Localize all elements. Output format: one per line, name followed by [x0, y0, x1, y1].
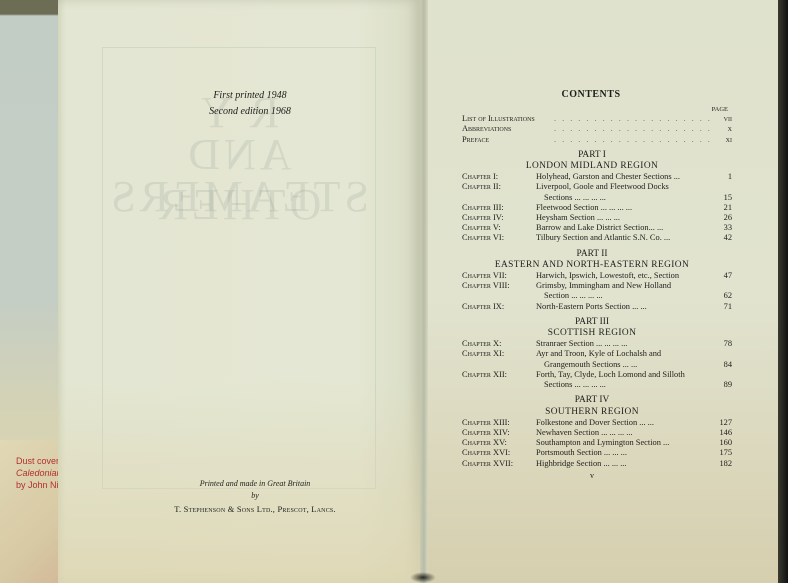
caption-line: Dust cover:: [16, 455, 64, 467]
chapter-entry: Chapter I:Holyhead, Garston and Chester …: [462, 172, 732, 182]
chapter-page: 84: [710, 360, 732, 370]
part-heading: PART IV: [462, 395, 732, 406]
chapter-label: Chapter VII:: [462, 271, 536, 281]
chapter-title: Holyhead, Garston and Chester Sections .…: [536, 172, 710, 182]
chapter-page: 78: [710, 339, 732, 349]
printer-line: Printed and made in Great Britain: [90, 478, 420, 490]
chapter-title: Barrow and Lake District Section... ...: [536, 223, 710, 233]
chapter-label: Chapter IV:: [462, 213, 536, 223]
chapter-title-text: Folkestone and Dover Section ... ...: [536, 418, 654, 427]
chapter-page: 160: [710, 438, 732, 448]
chapter-label: Chapter III:: [462, 203, 536, 213]
parts-list: PART ILONDON MIDLAND REGIONChapter I:Hol…: [462, 150, 732, 469]
chapter-title-continued: Sections ... ... ... ...: [536, 193, 710, 203]
chapter-entry: Chapter II:Liverpool, Goole and Fleetwoo…: [462, 182, 732, 202]
chapter-page: 62: [710, 291, 732, 301]
chapter-label: Chapter XIII:: [462, 418, 536, 428]
page-folio: v: [462, 471, 732, 481]
chapter-label: Chapter VI:: [462, 233, 536, 243]
chapter-title-text: Tilbury Section and Atlantic S.N. Co. ..…: [536, 233, 670, 242]
leader-dots: ...............................: [554, 135, 710, 145]
chapter-title: Folkestone and Dover Section ... ...: [536, 418, 710, 428]
chapter-page: 21: [710, 203, 732, 213]
chapter-entry: Chapter VII:Harwich, Ipswich, Lowestoft,…: [462, 271, 732, 281]
region-heading: EASTERN AND NORTH-EASTERN REGION: [462, 260, 732, 271]
chapter-title-text: Ayr and Troon, Kyle of Lochalsh and: [536, 349, 661, 358]
toc-entry-page: x: [710, 124, 732, 134]
leader-dots: ...............................: [554, 114, 710, 124]
chapter-title-continued: Sections ... ... ... ...: [536, 380, 710, 390]
chapter-title: North-Eastern Ports Section ... ...: [536, 302, 710, 312]
region-heading: LONDON MIDLAND REGION: [462, 161, 732, 172]
chapter-title: Newhaven Section ... ... ... ...: [536, 428, 710, 438]
table-of-contents: CONTENTS PAGE List of Illustrations.....…: [462, 90, 732, 481]
part-heading: PART II: [462, 249, 732, 260]
chapter-page: 71: [710, 302, 732, 312]
chapter-title-continued: Grangemouth Sections ... ...: [536, 360, 710, 370]
chapter-title: Harwich, Ipswich, Lowestoft, etc., Secti…: [536, 271, 710, 281]
chapter-entry: Chapter XIV:Newhaven Section ... ... ...…: [462, 428, 732, 438]
toc-entry-page: xi: [710, 135, 732, 145]
book-spine: [420, 0, 428, 583]
chapter-title-text: Liverpool, Goole and Fleetwood Docks: [536, 182, 669, 191]
chapter-title-text: Grimsby, Immingham and New Holland: [536, 281, 671, 290]
part-heading: PART III: [462, 317, 732, 328]
chapter-title-text: Forth, Tay, Clyde, Loch Lomond and Sillo…: [536, 370, 685, 379]
chapter-title: Heysham Section ... ... ...: [536, 213, 710, 223]
chapter-page: 146: [710, 428, 732, 438]
toc-entry: List of Illustrations...................…: [462, 114, 732, 124]
chapter-page: 26: [710, 213, 732, 223]
chapter-title: Portsmouth Section ... ... ...: [536, 448, 710, 458]
chapter-title: Ayr and Troon, Kyle of Lochalsh andGrang…: [536, 349, 710, 369]
chapter-title-text: Fleetwood Section ... ... ... ...: [536, 203, 632, 212]
part-heading: PART I: [462, 150, 732, 161]
chapter-label: Chapter IX:: [462, 302, 536, 312]
toc-entry-label: Abbreviations: [462, 124, 554, 134]
chapter-entry: Chapter VIII:Grimsby, Immingham and New …: [462, 281, 732, 301]
toc-entry-label: List of Illustrations: [462, 114, 554, 124]
chapter-page: 33: [710, 223, 732, 233]
chapter-label: Chapter V:: [462, 223, 536, 233]
chapter-entry: Chapter IV:Heysham Section ... ... ...26: [462, 213, 732, 223]
chapter-entry: Chapter V:Barrow and Lake District Secti…: [462, 223, 732, 233]
chapter-title-text: North-Eastern Ports Section ... ...: [536, 302, 647, 311]
chapter-label: Chapter I:: [462, 172, 536, 182]
chapter-title-text: Barrow and Lake District Section... ...: [536, 223, 663, 232]
chapter-page: 1: [710, 172, 732, 182]
chapter-label: Chapter XV:: [462, 438, 536, 448]
chapter-title: Grimsby, Immingham and New HollandSectio…: [536, 281, 710, 301]
chapter-title-text: Harwich, Ipswich, Lowestoft, etc., Secti…: [536, 271, 679, 280]
chapter-label: Chapter XI:: [462, 349, 536, 359]
toc-entry-page: vii: [710, 114, 732, 124]
imprint-second-edition: Second edition 1968: [120, 104, 380, 120]
caption-line: Caledonian F: [16, 467, 64, 479]
dust-cover-caption: Dust cover: Caledonian F by John Nic: [16, 455, 64, 491]
chapter-label: Chapter XVI:: [462, 448, 536, 458]
chapter-title-text: Highbridge Section ... ... ...: [536, 459, 627, 468]
chapter-label: Chapter X:: [462, 339, 536, 349]
chapter-page: 15: [710, 193, 732, 203]
region-heading: SOUTHERN REGION: [462, 407, 732, 418]
show-through-title-line: STEAMERS: [98, 172, 378, 222]
chapter-page: 89: [710, 380, 732, 390]
chapter-label: Chapter XIV:: [462, 428, 536, 438]
chapter-title: Southampton and Lymington Section ...: [536, 438, 710, 448]
chapter-page: 182: [710, 459, 732, 469]
chapter-title-text: Portsmouth Section ... ... ...: [536, 448, 627, 457]
chapter-title: Tilbury Section and Atlantic S.N. Co. ..…: [536, 233, 710, 243]
chapter-title-text: Southampton and Lymington Section ...: [536, 438, 669, 447]
leader-dots: ...............................: [554, 124, 710, 134]
chapter-page: 42: [710, 233, 732, 243]
chapter-page: 175: [710, 448, 732, 458]
chapter-label: Chapter VIII:: [462, 281, 536, 291]
chapter-title: Stranraer Section ... ... ... ...: [536, 339, 710, 349]
chapter-title: Liverpool, Goole and Fleetwood DocksSect…: [536, 182, 710, 202]
toc-entry: Preface...............................xi: [462, 135, 732, 145]
chapter-entry: Chapter XIII:Folkestone and Dover Sectio…: [462, 418, 732, 428]
chapter-title-text: Newhaven Section ... ... ... ...: [536, 428, 633, 437]
chapter-title: Fleetwood Section ... ... ... ...: [536, 203, 710, 213]
chapter-entry: Chapter VI:Tilbury Section and Atlantic …: [462, 233, 732, 243]
front-matter-list: List of Illustrations...................…: [462, 114, 732, 145]
chapter-entry: Chapter XII:Forth, Tay, Clyde, Loch Lomo…: [462, 370, 732, 390]
region-heading: SCOTTISH REGION: [462, 328, 732, 339]
chapter-title-text: Heysham Section ... ... ...: [536, 213, 620, 222]
chapter-entry: Chapter XVII:Highbridge Section ... ... …: [462, 459, 732, 469]
chapter-label: Chapter XVII:: [462, 459, 536, 469]
chapter-page: 47: [710, 271, 732, 281]
printer-name: T. Stephenson & Sons Ltd., Prescot, Lanc…: [90, 502, 420, 516]
chapter-title: Forth, Tay, Clyde, Loch Lomond and Sillo…: [536, 370, 710, 390]
toc-entry-label: Preface: [462, 135, 554, 145]
page-column-header: PAGE: [462, 106, 728, 114]
printer-line: by: [90, 490, 420, 502]
chapter-title: Highbridge Section ... ... ...: [536, 459, 710, 469]
toc-entry: Abbreviations...........................…: [462, 124, 732, 134]
chapter-entry: Chapter IX:North-Eastern Ports Section .…: [462, 302, 732, 312]
caption-line: by John Nic: [16, 479, 64, 491]
contents-title: CONTENTS: [462, 90, 732, 100]
chapter-label: Chapter II:: [462, 182, 536, 192]
chapter-title-continued: Section ... ... ... ...: [536, 291, 710, 301]
shadow: [410, 572, 436, 583]
chapter-title-text: Stranraer Section ... ... ... ...: [536, 339, 627, 348]
chapter-entry: Chapter III:Fleetwood Section ... ... ..…: [462, 203, 732, 213]
chapter-title-text: Holyhead, Garston and Chester Sections .…: [536, 172, 680, 181]
imprint-first-printed: First printed 1948: [120, 88, 380, 104]
chapter-label: Chapter XII:: [462, 370, 536, 380]
printer-block: Printed and made in Great Britain by T. …: [90, 478, 420, 516]
page-edge-shadow: [778, 0, 788, 583]
chapter-entry: Chapter XI:Ayr and Troon, Kyle of Lochal…: [462, 349, 732, 369]
chapter-page: 127: [710, 418, 732, 428]
chapter-entry: Chapter XVI:Portsmouth Section ... ... .…: [462, 448, 732, 458]
chapter-entry: Chapter XV:Southampton and Lymington Sec…: [462, 438, 732, 448]
chapter-entry: Chapter X:Stranraer Section ... ... ... …: [462, 339, 732, 349]
